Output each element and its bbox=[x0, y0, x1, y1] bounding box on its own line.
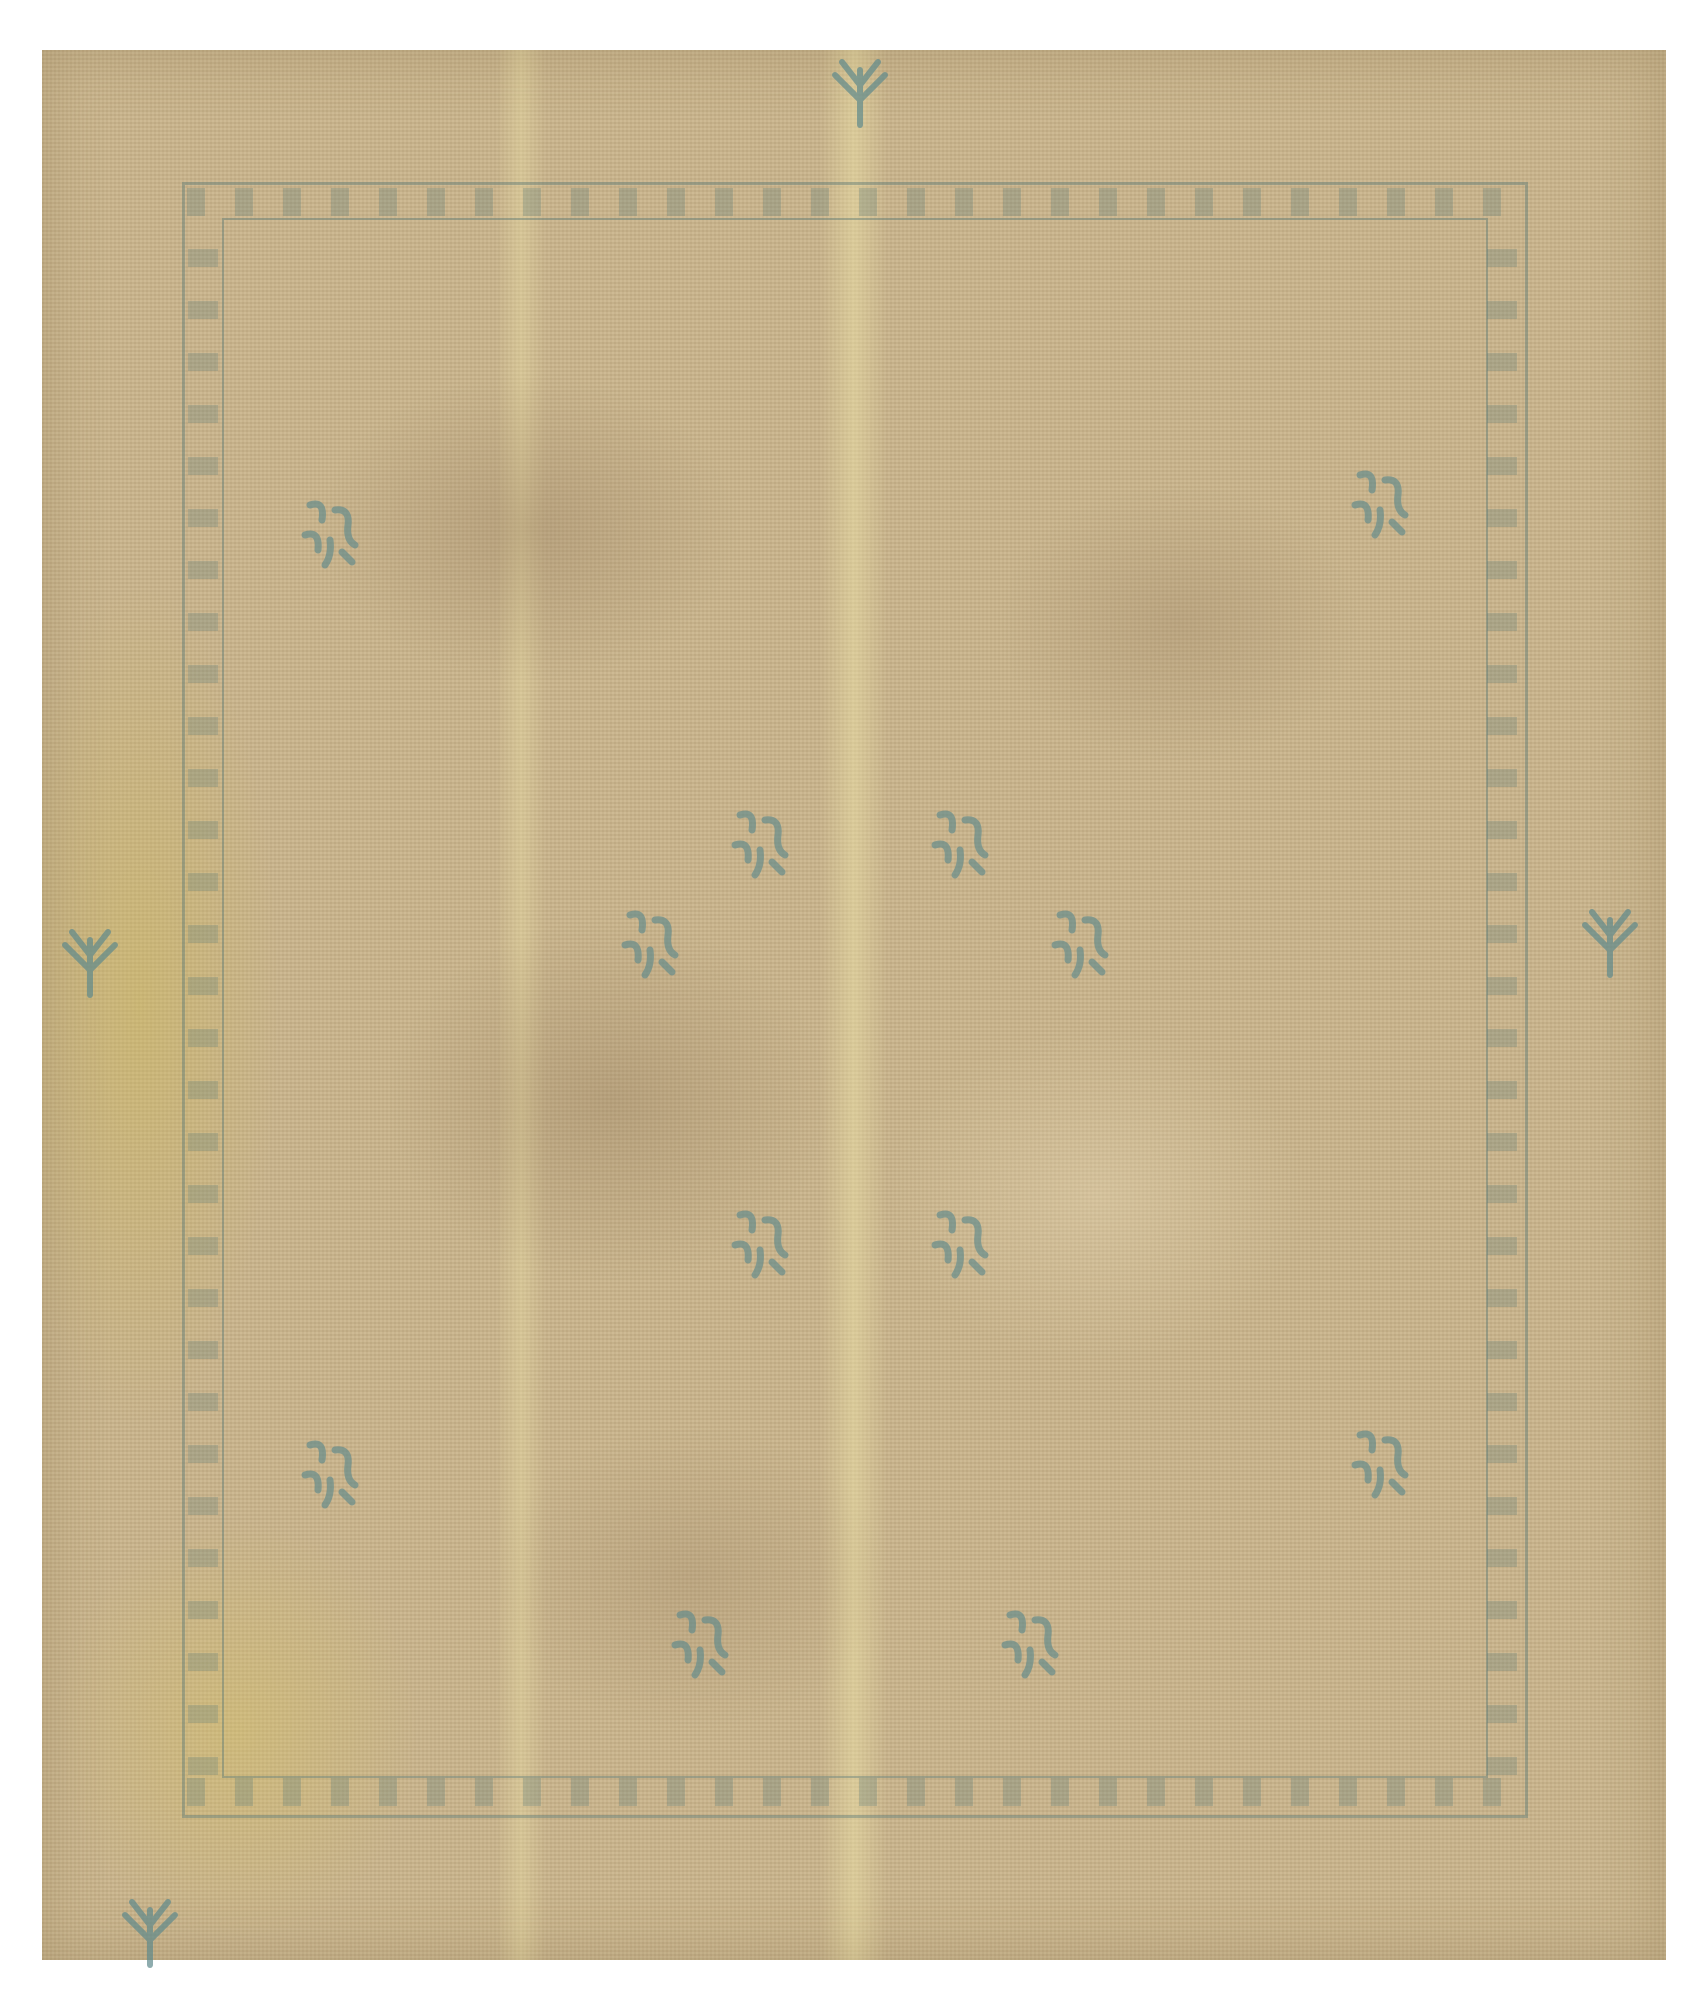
floral-spray-icon bbox=[1030, 890, 1130, 990]
border-leaf-icon bbox=[1560, 890, 1660, 990]
right-border-band bbox=[1487, 220, 1517, 1775]
rug bbox=[42, 50, 1666, 1960]
floral-spray-icon bbox=[910, 1190, 1010, 1290]
floral-spray-icon bbox=[1330, 1410, 1430, 1510]
border-leaf-icon bbox=[40, 910, 140, 1010]
floral-spray-icon bbox=[910, 790, 1010, 890]
inner-guard-line bbox=[222, 218, 1488, 1778]
border-leaf-icon bbox=[810, 40, 910, 140]
floral-spray-icon bbox=[980, 1590, 1080, 1690]
floral-spray-icon bbox=[280, 1420, 380, 1520]
floral-spray-icon bbox=[650, 1590, 750, 1690]
left-border-band bbox=[188, 220, 218, 1775]
floral-spray-icon bbox=[600, 890, 700, 990]
floral-spray-icon bbox=[280, 480, 380, 580]
bottom-border-band bbox=[187, 1778, 1517, 1806]
floral-spray-icon bbox=[1330, 450, 1430, 550]
floral-spray-icon bbox=[710, 1190, 810, 1290]
top-border-band bbox=[187, 188, 1517, 216]
floral-spray-icon bbox=[710, 790, 810, 890]
border-leaf-icon bbox=[100, 1880, 200, 1980]
